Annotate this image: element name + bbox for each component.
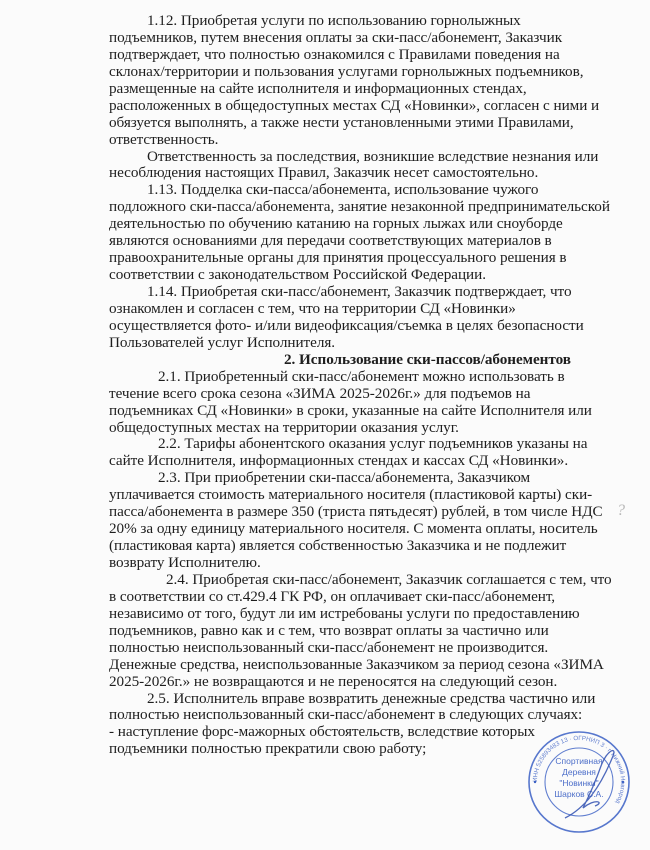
text-line: 1.12. Приобретая услуги по использованию… [109,13,609,30]
document-page: 1.12. Приобретая услуги по использованию… [109,13,609,758]
stamp-icon: ИНН 525893483 13 · ОГРНИП 3 · г. Нижний … [525,728,633,836]
company-stamp: ИНН 525893483 13 · ОГРНИП 3 · г. Нижний … [525,728,633,836]
text-line: общедоступных местах на территории оказа… [109,420,609,437]
text-line: размещенные на сайте исполнителя и инфор… [109,81,609,98]
text-line: (пластиковая карта) является собственнос… [109,538,609,555]
text-line: сайте Исполнителя, информационных стенда… [109,453,609,470]
text-line: 20% за одну единицу материального носите… [109,521,609,538]
text-line: 2.3. При приобретении ски-пасса/абонемен… [109,470,609,487]
text-line: подъемников, путем внесения оплаты за ск… [109,30,609,47]
stamp-text: Спортивная [555,756,603,766]
text-line: являются основаниями для передачи соотве… [109,233,609,250]
text-line: возврату Исполнителю. [109,555,609,572]
text-line: правоохранительные органы для принятия п… [109,250,609,267]
text-line: обязуется выполнять, а также нести устан… [109,115,609,132]
text-line: 2.2. Тарифы абонентского оказания услуг … [109,436,609,453]
stamp-text: Деревня [562,767,596,777]
text-line: несоблюдения настоящих Правил, Заказчик … [109,165,609,182]
text-line: 2.4. Приобретая ски-пасс/абонемент, Зака… [109,572,609,589]
text-line: уплачивается стоимость материального нос… [109,487,609,504]
text-line: 1.13. Подделка ски-пасса/абонемента, исп… [109,182,609,199]
text-line: Пользователей услуг Исполнителя. [109,335,609,352]
text-line: подъемниках СД «Новинки» в сроки, указан… [109,403,609,420]
text-line: 2.1. Приобретенный ски-пасс/абонемент мо… [109,369,609,386]
text-line: 2025-2026г.» не возвращаются и не перено… [109,674,609,691]
text-line: Денежные средства, неиспользованные Зака… [109,657,609,674]
text-line: подтверждает, что полностью ознакомился … [109,47,609,64]
text-line: 1.14. Приобретая ски-пасс/абонемент, Зак… [109,284,609,301]
text-line: склонах/территории и пользования услугам… [109,64,609,81]
text-line: пасса/абонемента в размере 350 (триста п… [109,504,609,521]
section-heading: 2. Использование ски-пассов/абонементов [109,352,609,369]
text-line: 2.5. Исполнитель вправе возвратить денеж… [109,691,609,708]
text-line: полностью неиспользованный ски-пасс/абон… [109,640,609,657]
text-line: ответственность. [109,132,609,149]
text-line: полностью неиспользованный ски-пасс/абон… [109,707,609,724]
text-line: Ответственность за последствия, возникши… [109,149,609,166]
text-line: деятельностью по обучению катанию на гор… [109,216,609,233]
text-line: расположенных в общедоступных местах СД … [109,98,609,115]
text-line: соответствии с законодательством Российс… [109,267,609,284]
stamp-text: Шарков С.А. [554,789,603,799]
text-line: ознакомлен и согласен с тем, что на терр… [109,301,609,318]
text-line: в соответствии со ст.429.4 ГК РФ, он опл… [109,589,609,606]
text-line: независимо от того, будут ли им истребов… [109,606,609,623]
text-line: подъемников, равно как и с тем, что возв… [109,623,609,640]
text-line: осуществляется фото- и/или видеофиксация… [109,318,609,335]
margin-pencil-mark: ? [617,502,625,520]
text-line: течение всего срока сезона «ЗИМА 2025-20… [109,386,609,403]
text-line: подложного ски-пасса/абонемента, занятие… [109,199,609,216]
